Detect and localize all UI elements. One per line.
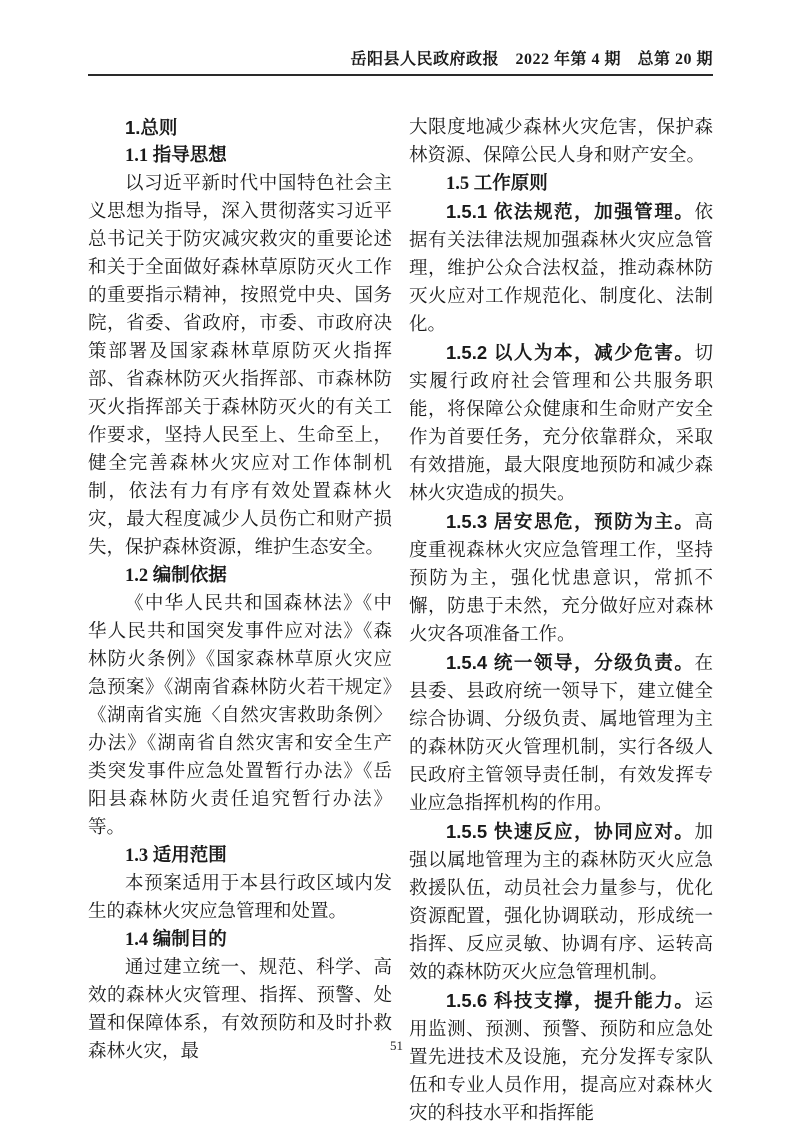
- paragraph-lead: 1.5.6 科技支撑，提升能力。: [446, 990, 694, 1011]
- section-heading: 1.4 编制目的: [88, 926, 392, 954]
- paragraph: 1.5.2 以人为本，减少危害。切实履行政府社会管理和公共服务职能，将保障公众健…: [409, 339, 713, 508]
- page-number: 51: [390, 1038, 403, 1053]
- section-heading: 1.5 工作原则: [409, 170, 713, 198]
- paragraph-lead: 1.5.5 快速反应，协同应对。: [446, 821, 694, 842]
- left-column: 1.总则1.1 指导思想以习近平新时代中国特色社会主义思想为指导，深入贯彻落实习…: [88, 114, 392, 1122]
- section-heading: 1.总则: [88, 114, 392, 142]
- paragraph: 1.5.5 快速反应，协同应对。加强以属地管理为主的森林防灭火应急救援队伍，动员…: [409, 818, 713, 987]
- paragraph-lead: 1.5.4 统一领导，分级负责。: [446, 652, 694, 673]
- section-heading: 1.2 编制依据: [88, 562, 392, 590]
- paragraph: 1.5.6 科技支撑，提升能力。运用监测、预测、预警、预防和应急处置先进技术及设…: [409, 987, 713, 1122]
- section-heading: 1.3 适用范围: [88, 842, 392, 870]
- page-footer: 51: [0, 1038, 793, 1054]
- paragraph: 本预案适用于本县行政区域内发生的森林火灾应急管理和处置。: [88, 870, 392, 926]
- header-text: 岳阳县人民政府政报 2022 年第 4 期 总第 20 期: [350, 51, 713, 68]
- right-column: 大限度地减少森林火灾危害，保护森林资源、保障公民人身和财产安全。1.5 工作原则…: [409, 114, 713, 1122]
- paragraph: 1.5.4 统一领导，分级负责。在县委、县政府统一领导下，建立健全综合协调、分级…: [409, 649, 713, 818]
- page-header: 岳阳县人民政府政报 2022 年第 4 期 总第 20 期: [88, 46, 713, 76]
- page-content: 1.总则1.1 指导思想以习近平新时代中国特色社会主义思想为指导，深入贯彻落实习…: [88, 114, 713, 1122]
- section-heading: 1.1 指导思想: [88, 142, 392, 170]
- paragraph-lead: 1.5.1 依法规范，加强管理。: [446, 201, 694, 222]
- paragraph: 1.5.3 居安思危，预防为主。高度重视森林火灾应急管理工作，坚持预防为主，强化…: [409, 508, 713, 649]
- document-page: 岳阳县人民政府政报 2022 年第 4 期 总第 20 期 1.总则1.1 指导…: [0, 0, 793, 1122]
- paragraph: 大限度地减少森林火灾危害，保护森林资源、保障公民人身和财产安全。: [409, 114, 713, 170]
- paragraph-lead: 1.5.2 以人为本，减少危害。: [446, 342, 694, 363]
- paragraph: 1.5.1 依法规范，加强管理。依据有关法律法规加强森林火灾应急管理，维护公众合…: [409, 198, 713, 339]
- paragraph-lead: 1.5.3 居安思危，预防为主。: [446, 511, 694, 532]
- paragraph: 以习近平新时代中国特色社会主义思想为指导，深入贯彻落实习近平总书记关于防灾减灾救…: [88, 170, 392, 562]
- paragraph: 《中华人民共和国森林法》《中华人民共和国突发事件应对法》《森林防火条例》《国家森…: [88, 590, 392, 842]
